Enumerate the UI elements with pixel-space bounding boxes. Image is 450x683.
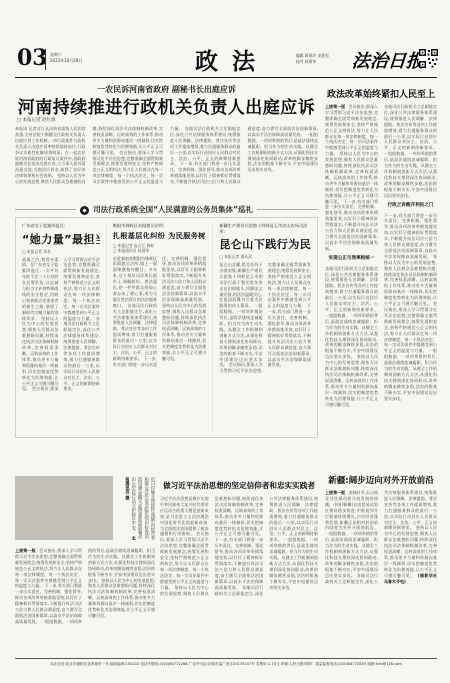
series-article-box: 广东省女子监狱四监区: “她力量”最担当 □ 本报记者 邓君 高墙之内,铁骨亦柔… [15, 217, 318, 438]
series-article-1: 广东省女子监狱四监区: “她力量”最担当 □ 本报记者 邓君 高墙之内,铁骨亦柔… [22, 223, 100, 432]
footer-info: 本社社址:北京市朝阳区花家地甲一号 邮政编码:100102 电话中继线:(010… [15, 662, 437, 667]
lead-byline: □ 本报记者 赵红旗 [17, 117, 56, 123]
header-rule [15, 77, 437, 78]
bottom-left-continued-body: 上接第一版 会议指出,要深入学习贯彻习近平法治思想,完整准确全面贯彻新发展理念,… [15, 548, 155, 654]
bottom-right-body: 上接第一版 金秋时节,天山南北处处涌动着开放发展的热潮。中国(新疆)自由贸易试验… [325, 490, 437, 654]
qr-code-icon [419, 49, 438, 68]
paragraph: 一组组数据、一项项举措的背后,是政法战线忠诚履职、担当作为的生动实践。从健全工作… [269, 537, 318, 589]
paragraph: 下一步,有关部门将进一步压实责任、完善机制、强化督导,推动各项改革举措落地见效,… [215, 537, 264, 589]
lead-headline: 河南持续推进行政机关负责人出庭应诉 [15, 93, 318, 118]
paragraph: 坚持以人民为中心的发展思想,聚焦人民群众急难愁盼问题,持续深化执法司法体制机制改… [384, 525, 437, 577]
banner-logo-icon [80, 200, 89, 219]
masthead-brand: 法治日报 [351, 47, 425, 73]
photo-caption: 近日,民警走进辖区商铺,向经营者和群众宣传安全防范知识,检查消防设施,提醒大家增… [117, 477, 155, 540]
paragraph: 一组组数据、一项项举措的背后,是政法战线忠诚履职、担当作为的生动实践。从健全工作… [325, 531, 378, 577]
photo-caption-text: 近日,民警走进辖区商铺,向经营者和群众宣传安全防范知识,检查消防设施,提醒大家增… [131, 477, 155, 540]
article-kicker: 广东省女子监狱四监区: [22, 223, 100, 229]
right-article-subhead-2: 行政之诉敞开利民之门 [384, 203, 437, 209]
paragraph: 坚持以人民为中心的发展思想,聚焦人民群众急难愁盼问题,持续深化执法司法体制机制改… [325, 354, 378, 406]
news-photo [15, 476, 113, 540]
paragraph: 坚持以人民为中心的发展思想,聚焦人民群众急难愁盼问题,持续深化执法司法体制机制改… [162, 303, 206, 361]
paragraph: 一组组数据、一项项举措的背后,是政法战线忠诚履职、担当作为的生动实践。从健全工作… [384, 348, 437, 400]
continued-label: 上接第一版 [325, 490, 345, 495]
paragraph: 坚持以人民为中心的发展思想,聚焦人民群众急难愁盼问题,持续深化执法司法体制机制改… [384, 254, 437, 306]
series-banner: 司法行政系统全国“人民满意的公务员集体”巡礼 [15, 204, 318, 214]
editor-info: 编辑 蒋培玲 宋胜男 校对 陈维华 [296, 53, 350, 64]
lead-body: 本报讯 记者近日从河南省高级人民法院获悉,全省法院不断健全行政机关负责人出庭应诉… [15, 126, 318, 202]
paragraph: 下一步,有关部门将进一步压实责任、完善机制、强化督导,推动各项改革举措落地见效,… [268, 303, 311, 367]
bottom-right-headline: 新疆:阔步迈向对外开放前沿 [325, 474, 437, 486]
article-byline: □ 本报记者 邓君 [22, 249, 100, 254]
paragraph: 下一步,有关部门将进一步压实责任、完善机制、强化督导,推动各项改革举措落地见效,… [15, 583, 82, 623]
series-article-3: 新疆生产建设兵团第十四师昆玉市皮山农场司法所: 昆仑山下践行为民初心 □ 本报记… [212, 223, 311, 432]
right-article-body: 上接第一版 会议指出,要深入学习贯彻习近平法治思想,完整准确全面贯彻新发展理念,… [325, 104, 437, 466]
paragraph: 一组组数据、一项项举措的背后,是政法战线忠诚履职、担当作为的生动实践。从健全工作… [384, 151, 437, 197]
page-number-divider [45, 49, 46, 70]
paragraph: 一组组数据、一项项举措的背后,是政法战线忠诚履职、担当作为的生动实践。从健全工作… [219, 303, 262, 367]
paragraph: 会议指出,要深入学习贯彻习近平法治思想,完整准确全面贯彻新发展理念,统筹发展和安… [325, 104, 378, 156]
footer-rule [15, 658, 437, 659]
paragraph: 各地司法行政机关立足职能定位,深化公共法律服务体系建设,统筹推进人民调解、法律援… [113, 303, 157, 361]
article-headline: 昆仑山下践行为民初心 [219, 236, 311, 252]
paragraph: 高墙之内,铁骨亦柔情。在广东省女子监狱四监区,一支平均年龄不足三十五岁的女民警队… [22, 257, 58, 321]
article-body: 走进湖南省衡阳市珠晖区东阳渡司法所,墙上一面面锦旗格外醒目。多年来,这个基层司法… [113, 256, 207, 433]
newspaper-page: 03 星期六 2023年10月28日 政法 编辑 蒋培玲 宋胜男 校对 陈维华 … [0, 0, 450, 683]
date: 2023年10月28日 [50, 58, 82, 64]
article-headline: “她力量”最担当 [22, 231, 100, 247]
right-article-col-1: 上接第一版 会议指出,要深入学习贯彻习近平法治思想,完整准确全面贯彻新发展理念,… [325, 104, 378, 466]
paragraph: 金秋时节,天山南北处处涌动着开放发展的热潮。中国(新疆)自由贸易试验区建设稳步推… [325, 490, 378, 530]
bottom-middle-body: 习近平法治思想是顺应实现中华民族伟大复兴时代要求应运而生的重大理论创新成果,是马… [160, 496, 318, 654]
paragraph: 坚持以人民为中心的发展思想,聚焦人民群众急难愁盼问题,持续深化执法司法体制机制改… [325, 151, 378, 203]
paragraph: 昆仑山北麓,塔克拉玛干沙漠南缘,新疆生产建设兵团第十四师昆玉市的司法行政干警们常… [219, 262, 262, 308]
editor-line-2: 校对 陈维华 [296, 59, 350, 65]
right-article-headline: 政法改革始终紧扣人民至上 [325, 87, 437, 100]
paragraph: 下一步,有关部门将进一步压实责任、完善机制、强化督导,推动各项改革举措落地见效,… [384, 213, 437, 259]
article-kicker: 衡阳市珠晖区东阳渡司法所: [113, 223, 207, 229]
paragraph: 下一步,有关部门将进一步压实责任、完善机制、强化督导,推动各项改革举措落地见效,… [325, 199, 378, 251]
paragraph: 坚持以人民为中心的发展思想,聚焦人民群众急难愁盼问题,持续深化执法司法体制机制改… [22, 316, 58, 392]
paragraph: 走进湖南省衡阳市珠晖区东阳渡司法所,墙上一面面锦旗格外醒目。多年来,这个基层司法… [113, 256, 157, 308]
article-byline: □ 本报通讯员 陆清华 [113, 248, 207, 253]
continued-label: 上接第一版 [325, 104, 345, 109]
article-byline: □ 本报记者 潘从武 [219, 254, 311, 259]
date-block: 星期六 2023年10月28日 [50, 52, 82, 64]
paragraph: 会议指出,要深入学习贯彻习近平法治思想,完整准确全面贯彻新发展理念,统筹发展和安… [160, 531, 209, 589]
paragraph: 坚持以人民为中心的发展思想,聚焦人民群众急难愁盼问题,持续深化执法司法体制机制改… [88, 578, 155, 618]
continued-label: 上接第一版 [15, 548, 36, 553]
paragraph: 各地司法行政机关立足职能定位,深化公共法律服务体系建设,统筹推进人民调解、法律援… [63, 316, 99, 392]
paragraph: 一组组数据、一项项举措的背后,是政法战线忠诚履职、担当作为的生动实践。从健全工作… [325, 313, 378, 359]
right-article-subhead-1: 实现公正与效率相统一 [325, 256, 378, 262]
banner-rule-left [15, 209, 76, 210]
article-headline: 扎根基层化纠纷 为民服务树标杆 [113, 231, 207, 241]
right-article-col-2: 各地司法行政机关立足职能定位,深化公共法律服务体系建设,统筹推进人民调解、法律援… [384, 104, 437, 466]
paragraph: 会议指出,要深入学习贯彻习近平法治思想,完整准确全面贯彻新发展理念,统筹发展和安… [384, 301, 437, 353]
lead-paragraph: 一组组数据、一项项举措的背后,是政法战线忠诚履职、担当作为的生动实践。从健全工作… [248, 132, 319, 172]
series-article-2: 衡阳市珠晖区东阳渡司法所: 扎根基层化纠纷 为民服务树标杆 □ 本报记者 阮占江… [106, 223, 207, 432]
page-number: 03 [17, 45, 48, 71]
lead-paragraph: 本报讯 记者近日从河南省高级人民法院获悉,全省法院不断健全行政机关负责人出庭应诉… [15, 126, 86, 178]
article-kicker: 新疆生产建设兵团第十四师昆玉市皮山农场司法所: [219, 223, 311, 234]
section-title: 政法 [150, 43, 300, 76]
paragraph: 各地司法行政机关立足职能定位,深化公共法律服务体系建设,统筹推进人民调解、法律援… [325, 266, 378, 312]
banner-rule-right [257, 209, 318, 210]
paragraph: 各地司法行政机关立足职能定位,深化公共法律服务体系建设,统筹推进人民调解、法律援… [384, 104, 437, 150]
article-body: 昆仑山北麓,塔克拉玛干沙漠南缘,新疆生产建设兵团第十四师昆玉市的司法行政干警们常… [219, 262, 311, 432]
article-body: 高墙之内,铁骨亦柔情。在广东省女子监狱四监区,一支平均年龄不足三十五岁的女民警队… [22, 257, 100, 433]
banner-label: 司法行政系统全国“人民满意的公务员集体”巡礼 [93, 204, 253, 215]
bottom-middle-headline: 做习近平法治思想的坚定信仰者和忠实实践者 [160, 480, 318, 491]
